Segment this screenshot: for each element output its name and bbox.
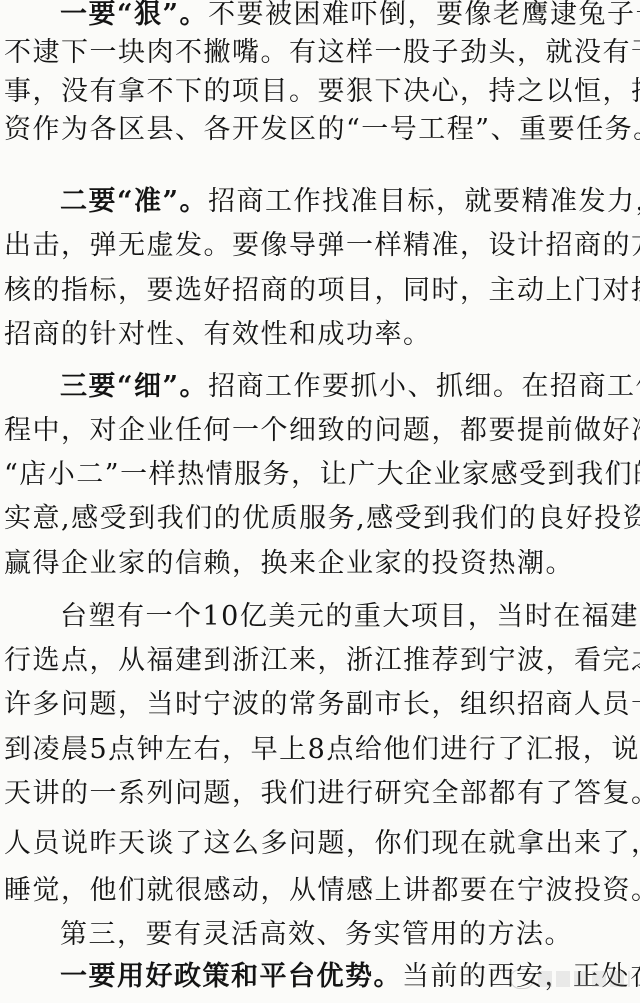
point-heading: 二要“准”。 bbox=[60, 186, 208, 217]
text-line: 三要“细”。招商工作要抓小、抓细。在招商工作的过 bbox=[60, 368, 638, 406]
text-line: 睡觉，他们就很感动，从情感上讲都要在宁波投资。 bbox=[4, 872, 638, 910]
text-line: 出击，弹无虚发。要像导弹一样精准，设计招商的方案，考 bbox=[4, 227, 638, 265]
section-heading: 第三，要有灵活高效、务实管用的方法。 bbox=[60, 916, 573, 954]
text-line: 行选点，从福建到浙江来，浙江推荐到宁波，看完之后提出 bbox=[4, 642, 638, 680]
text-line: 人员说昨天谈了这么多问题，你们现在就拿出来了，晚上没 bbox=[4, 825, 638, 863]
text-line: 招商的针对性、有效性和成功率。 bbox=[4, 316, 638, 354]
text-line: 资作为各区县、各开发区的“一号工程”、重要任务。 bbox=[4, 111, 638, 149]
text-line: 程中，对企业任何一个细致的问题，都要提前做好准备，像 bbox=[4, 412, 638, 450]
text-line: 到凌晨5点钟左右，早上8点给他们进行了汇报，说你们昨 bbox=[4, 731, 638, 769]
text-line: 一要用好政策和平台优势。当前的西安，正处在国家各 bbox=[60, 958, 638, 996]
text-line: 一要“狠”。不要被困难吓倒，要像老鹰逮兔子一样， bbox=[60, 0, 638, 34]
text-line: 台塑有一个10亿美元的重大项目，当时在福建、浙江进 bbox=[60, 598, 638, 636]
text-line: “店小二”一样热情服务，让广大企业家感受到我们的真心 bbox=[4, 456, 638, 494]
text-line: 实意,感受到我们的优质服务,感受到我们的良好投资环境， bbox=[4, 500, 638, 538]
text-line: 赢得企业家的信赖，换来企业家的投资热潮。 bbox=[4, 545, 638, 583]
text-line: 天讲的一系列问题，我们进行研究全部都有了答复。台塑方 bbox=[4, 775, 638, 813]
point-heading: 一要用好政策和平台优势。 bbox=[60, 961, 402, 992]
text-line: 二要“准”。招商工作找准目标，就要精准发力，精准 bbox=[60, 183, 638, 221]
text-line: 事，没有拿不下的项目。要狠下决心，持之以恒，把招商引 bbox=[4, 73, 638, 111]
point-heading: 一要“狠”。 bbox=[60, 0, 208, 30]
text-line: 许多问题，当时宁波的常务副市长，组织招商人员一直研究 bbox=[4, 686, 638, 724]
document-page: 一要“狠”。不要被困难吓倒，要像老鹰逮兔子一样， 不逮下一块肉不撇嘴。有这样一股… bbox=[0, 0, 640, 1003]
text-line: 不逮下一块肉不撇嘴。有这样一股子劲头，就没有干不好的 bbox=[4, 34, 638, 72]
text-line: 核的指标，要选好招商的项目，同时，主动上门对接，提高 bbox=[4, 272, 638, 310]
point-heading: 三要“细”。 bbox=[60, 371, 208, 402]
